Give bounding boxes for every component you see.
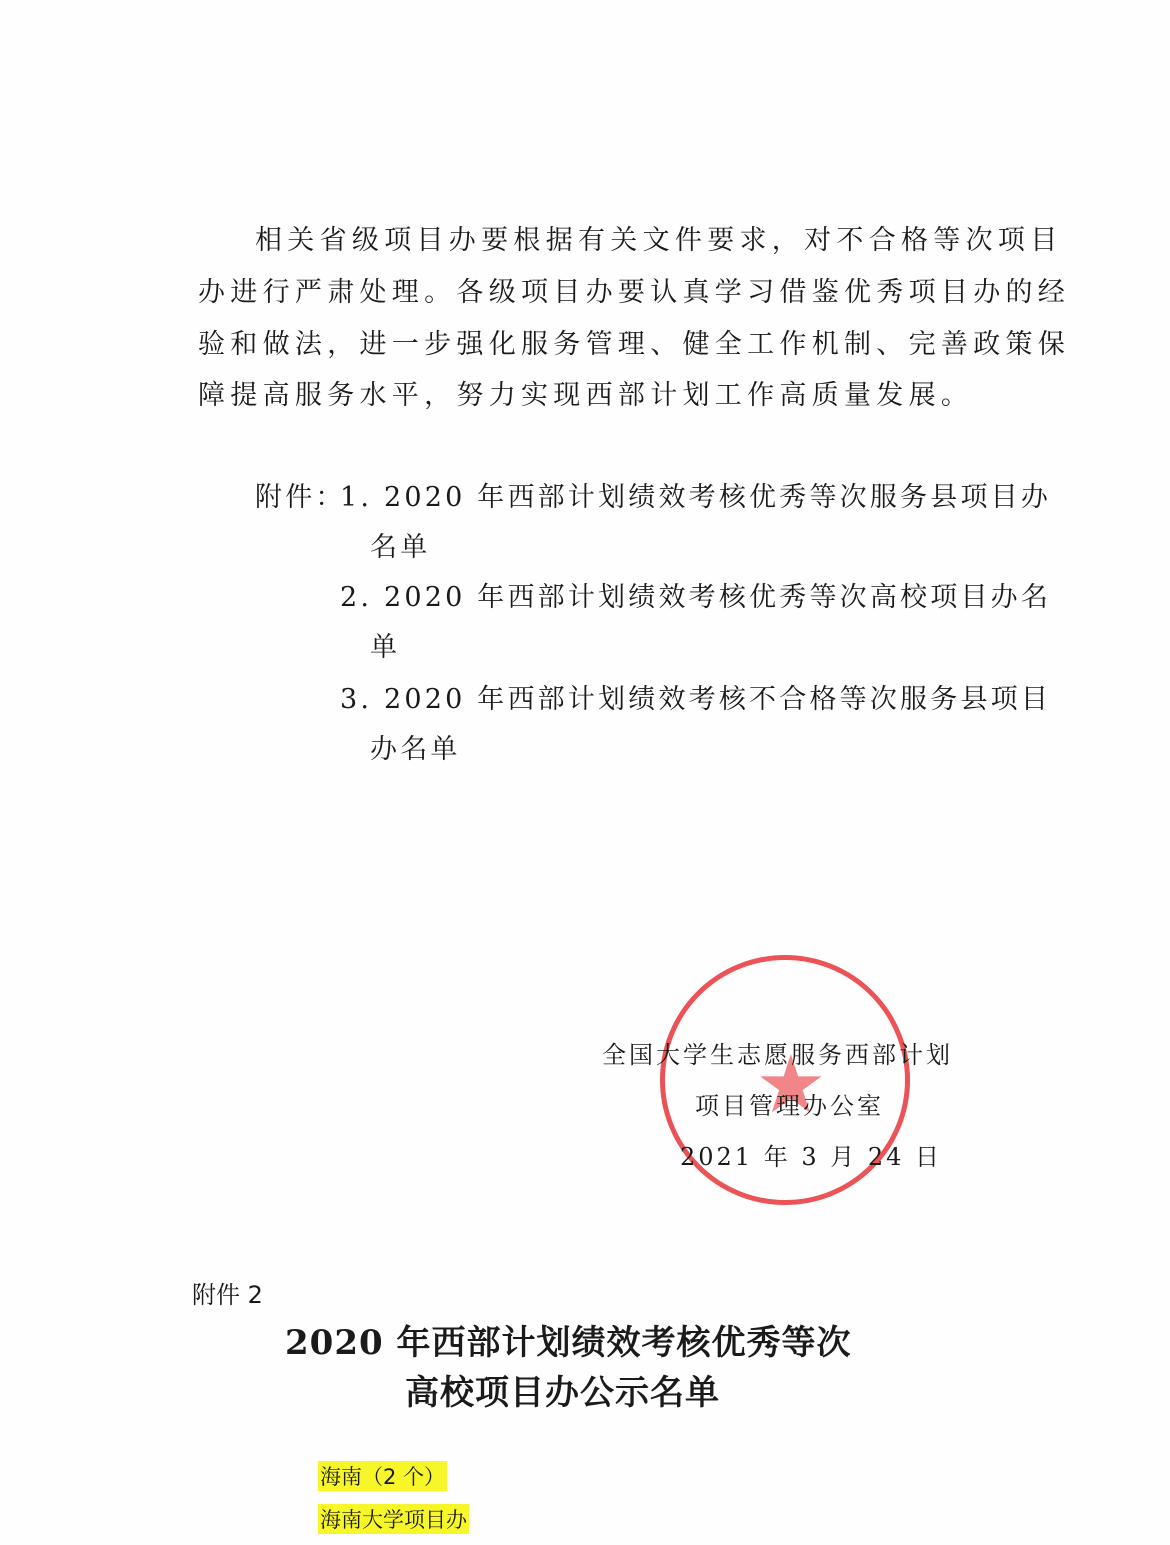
signature-org-line2: 项目管理办公室	[695, 1086, 884, 1121]
attachment-item-3-cont: 办名单	[370, 727, 461, 766]
annex-title-line1: 2020 年西部计划绩效考核优秀等次	[285, 1315, 851, 1364]
list-item: 海南大学项目办	[318, 1504, 469, 1534]
attachment-item-2: 2. 2020 年西部计划绩效考核优秀等次高校项目办名	[340, 575, 1051, 614]
attachment-item-3: 3. 2020 年西部计划绩效考核不合格等次服务县项目	[340, 677, 1051, 716]
paragraph-line: 验和做法，进一步强化服务管理、健全工作机制、完善政策保	[198, 322, 1070, 361]
signature-date: 2021 年 3 月 24 日	[680, 1137, 942, 1172]
paragraph-line: 办进行严肃处理。各级项目办要认真学习借鉴优秀项目办的经	[198, 270, 1070, 309]
annex-label: 附件 2	[192, 1275, 263, 1310]
signature-org-line1: 全国大学生志愿服务西部计划	[602, 1035, 953, 1070]
attachment-item-1: 1. 2020 年西部计划绩效考核优秀等次服务县项目办	[340, 475, 1051, 514]
paragraph-line: 相关省级项目办要根据有关文件要求，对不合格等次项目	[255, 218, 1063, 257]
attachment-item-2-cont: 单	[370, 625, 400, 664]
attachments-label: 附件：	[255, 475, 346, 514]
paragraph-line: 障提高服务水平，努力实现西部计划工作高质量发展。	[198, 373, 973, 412]
annex-title-line2: 高校项目办公示名单	[405, 1365, 720, 1414]
attachment-item-1-cont: 名单	[370, 525, 430, 564]
province-heading: 海南（2 个）	[318, 1461, 447, 1491]
